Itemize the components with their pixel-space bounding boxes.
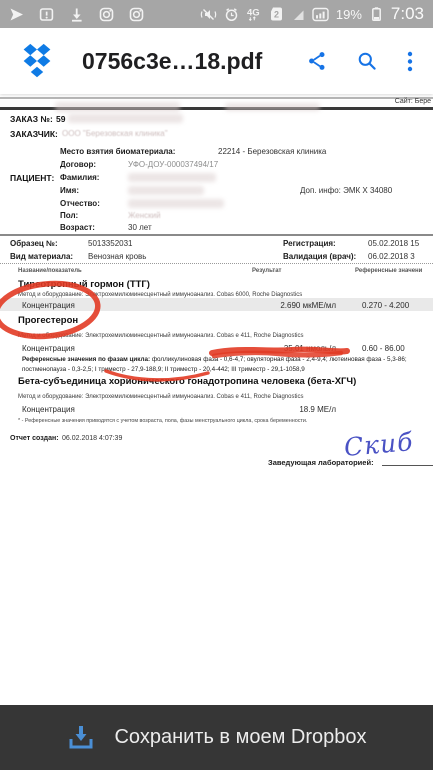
validation-label: Валидация (врач): (283, 252, 356, 261)
status-bar-right-icons: 4G 2 19% 7:03 (200, 4, 424, 24)
material-label: Вид материала: (10, 252, 73, 261)
order-value: 59 (56, 114, 65, 124)
section-divider (0, 234, 433, 236)
search-icon[interactable] (357, 51, 377, 71)
redaction-blur (225, 103, 320, 111)
report-created-value: 06.02.2018 4:07:39 (62, 435, 122, 442)
patronymic-label: Отчество: (60, 199, 100, 208)
extra-info: Доп. инфо: ЭМК Х 34080 (300, 186, 392, 195)
analyte-result: 18.9 МЕ/л (252, 405, 336, 414)
send-icon (9, 7, 24, 22)
instagram-icon (129, 7, 144, 22)
registration-value: 05.02.2018 15 (368, 239, 419, 248)
section-title: Бета-субъединица хорионического гонадотр… (18, 376, 356, 387)
app-bar-actions (307, 51, 417, 72)
redaction-blur (128, 186, 204, 195)
col-header-reference: Референсные значени (355, 268, 422, 274)
battery-icon (369, 6, 384, 22)
overflow-menu-icon[interactable] (407, 51, 413, 72)
reference-phases-label: Референсные значения по фазам цикла: (22, 356, 150, 363)
customer-value: ООО "Березовская клиника" (62, 129, 168, 138)
instagram-icon (99, 7, 114, 22)
sample-label: Образец №: (10, 239, 58, 248)
name-label: Имя: (60, 186, 79, 195)
sex-value: Женский (128, 211, 161, 220)
redaction-blur (128, 199, 224, 208)
analyte-label: Концентрация (22, 405, 75, 414)
validation-value: 06.02.2018 3 (368, 252, 415, 261)
alarm-icon (224, 7, 239, 22)
col-header-result: Результат (252, 268, 281, 274)
analyte-reference: 0.60 - 86.00 (362, 344, 405, 353)
analyte-reference: 0.270 - 4.200 (362, 301, 409, 310)
customer-label: ЗАКАЗЧИК: (10, 129, 58, 139)
analyte-result: 2.690 мкМЕ/мл (252, 301, 336, 310)
age-label: Возраст: (60, 223, 95, 232)
vibrate-mute-icon (200, 7, 217, 22)
contract-label: Договор: (60, 160, 96, 169)
pdf-page[interactable]: Сайт: Бере ЗАКАЗ №: 59 ЗАКАЗЧИК: ООО "Бе… (0, 94, 433, 705)
section-title: Прогестерон (18, 315, 78, 326)
col-header-name: Название/показатель (18, 268, 82, 274)
save-to-dropbox-icon (66, 723, 96, 753)
notification-alert-icon (39, 7, 54, 22)
redaction-blur (68, 114, 183, 123)
sample-value: 5013352031 (88, 239, 133, 248)
clock-text: 7:03 (391, 4, 424, 24)
letterhead-rule-top (0, 97, 433, 99)
sex-label: Пол: (60, 211, 78, 220)
app-bar: 0756c3e…18.pdf (0, 28, 433, 94)
dropbox-logo (16, 42, 58, 80)
section-method: Метод и оборудование: Электрохемилюминес… (18, 394, 304, 400)
section-title: Тиреотропный гормон (ТТГ) (18, 279, 150, 290)
signature-handwriting: Скиб (343, 427, 415, 462)
age-value: 30 лет (128, 223, 152, 232)
analyte-label: Концентрация (22, 344, 75, 353)
status-bar: 4G 2 19% 7:03 (0, 0, 433, 28)
site-text: Сайт: Бере (395, 98, 431, 105)
status-bar-left-icons (9, 7, 144, 22)
save-to-dropbox-label: Сохранить в моем Dropbox (114, 726, 366, 749)
registration-label: Регистрация: (283, 239, 336, 248)
signature-line (382, 465, 433, 466)
dotted-divider (0, 263, 433, 264)
share-icon[interactable] (307, 51, 327, 71)
contract-value: УФО-ДОУ-000037494/17 (128, 160, 218, 169)
network-4g-icon: 4G (246, 6, 262, 22)
phone-screen: 4G 2 19% 7:03 (0, 0, 433, 770)
place-value: 22214 - Березовская клиника (218, 147, 326, 156)
battery-percent: 19% (336, 7, 362, 22)
file-title: 0756c3e…18.pdf (82, 48, 262, 75)
surname-label: Фамилия: (60, 173, 99, 182)
place-label: Место взятия биоматериала: (60, 147, 175, 156)
footnote: * - Референсные значения приводятся с уч… (18, 418, 307, 424)
download-icon (69, 7, 84, 22)
section-method: Метод и оборудование: Электрохемилюминес… (18, 333, 304, 339)
sim2-icon: 2 (269, 6, 284, 22)
material-value: Венозная кровь (88, 252, 146, 261)
reference-phases-note: Референсные значения по фазам цикла: фол… (22, 355, 428, 374)
svg-text:4G: 4G (247, 8, 260, 19)
order-label: ЗАКАЗ №: (10, 114, 53, 124)
analyte-label: Концентрация (22, 301, 75, 310)
signal-bars-icon (312, 7, 329, 22)
redaction-blur (128, 173, 216, 182)
patient-label: ПАЦИЕНТ: (10, 173, 54, 183)
svg-text:2: 2 (274, 10, 279, 20)
signal-triangle-icon (291, 7, 305, 22)
analyte-result: 35.01 нмоль/л (252, 344, 336, 353)
report-created-label: Отчет создан: (10, 435, 59, 442)
save-to-dropbox-bar[interactable]: Сохранить в моем Dropbox (0, 705, 433, 770)
redaction-blur (55, 102, 180, 112)
